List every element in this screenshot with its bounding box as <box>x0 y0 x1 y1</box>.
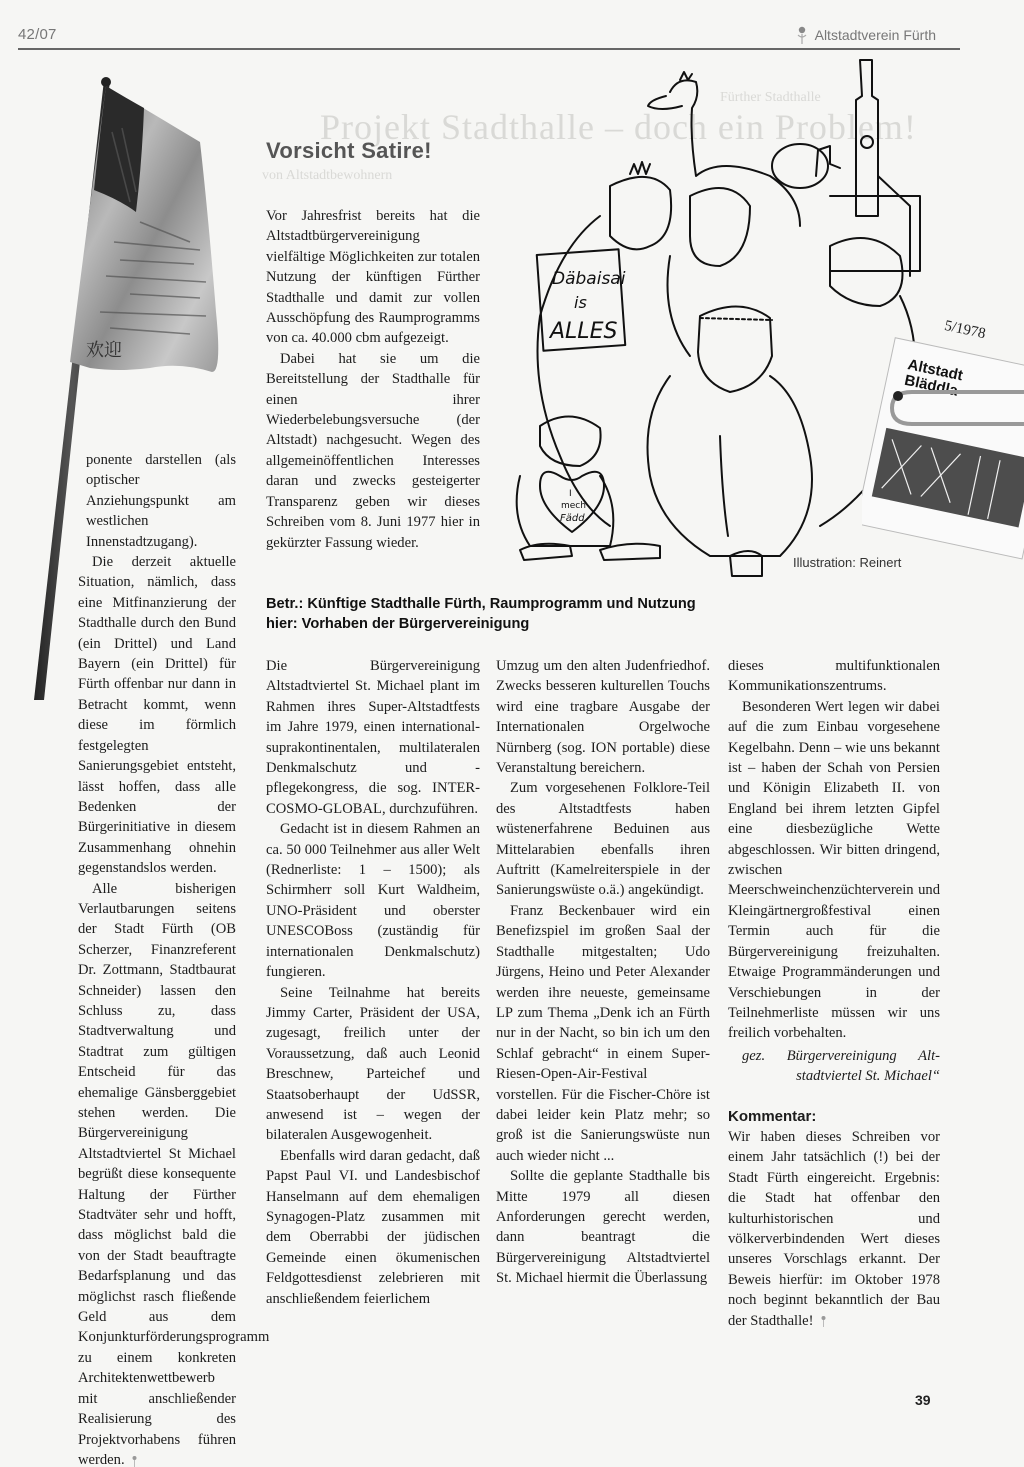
left-paragraph: Alle bisherigen Verlautbarungen seitens … <box>78 879 236 1467</box>
ghost-subline: von Altstadtbewohnern <box>262 168 392 184</box>
publisher-header: Altstadtverein Fürth <box>797 26 936 44</box>
letter-column-2: Umzug um den alten Judenfriedhof. Zwecks… <box>496 656 710 1289</box>
left-paragraph: Die derzeit aktuelle Situation, nämlich,… <box>78 552 236 879</box>
svg-text:ALLES: ALLES <box>548 319 617 344</box>
letter-subject: Betr.: Künftige Stadthalle Fürth, Raumpr… <box>266 594 696 634</box>
signature-line-2: stadtviertel St. Michael“ <box>796 1068 940 1084</box>
letter-column-1: Die Bürgervereinigung Altstadtviertel St… <box>266 656 480 1309</box>
issue-number: 42/07 <box>18 26 57 43</box>
letter-paragraph: Gedacht ist in diesem Rahmen an ca. 50 0… <box>266 819 480 982</box>
section-title: Vorsicht Satire! <box>266 138 432 164</box>
left-paragraph: ponente darstellen (als optischer Anzieh… <box>78 450 236 552</box>
page-number: 39 <box>915 1392 931 1408</box>
letter-signature: gez. Bürgervereinigung Alt- stadtviertel… <box>728 1046 940 1087</box>
letter-paragraph: Besonderen Wert legen wir dabei auf die … <box>728 697 940 1044</box>
svg-text:I: I <box>569 489 572 499</box>
signature-line-1: gez. Bürgervereinigung Alt- <box>728 1046 940 1066</box>
svg-text:mech: mech <box>561 501 586 511</box>
svg-text:is: is <box>574 293 587 312</box>
svg-text:Däbaisai: Däbaisai <box>552 269 626 289</box>
letter-paragraph: dieses multifunktionalen Kommunikationsz… <box>728 656 940 697</box>
altstadt-blaeddla-clipping: Altstadt Bläddla <box>862 330 1024 560</box>
left-column-text: ponente darstellen (als optischer Anzieh… <box>78 450 236 1467</box>
letter-subject-line-1: Betr.: Künftige Stadthalle Fürth, Raumpr… <box>266 594 696 614</box>
publisher-name: Altstadtverein Fürth <box>815 27 936 43</box>
magazine-page: 42/07 Altstadtverein Fürth Fürther Stadt… <box>0 0 1024 1467</box>
letter-column-3: dieses multifunktionalen Kommunikationsz… <box>728 656 940 1331</box>
comment-title: Kommentar: <box>728 1107 940 1127</box>
pin-logo-icon <box>797 26 807 44</box>
letter-subject-line-2: hier: Vorhaben der Bürgervereinigung <box>266 614 696 634</box>
letter-paragraph: Ebenfalls wird daran gedacht, daß Papst … <box>266 1146 480 1309</box>
letter-paragraph: Zum vorgesehenen Folklore-Teil des Altst… <box>496 778 710 900</box>
end-mark-icon <box>131 1455 138 1467</box>
letter-paragraph: Franz Beckenbauer wird ein Benefizspiel … <box>496 901 710 1166</box>
intro-text: Vor Jahresfrist bereits hat die Altstadt… <box>266 206 480 553</box>
letter-paragraph: Umzug um den alten Judenfriedhof. Zwecks… <box>496 656 710 778</box>
flag-chinese-text: 欢迎 <box>86 340 122 361</box>
letter-paragraph: Seine Teilnahme hat bereits Jimmy Carter… <box>266 983 480 1146</box>
end-mark-icon <box>820 1315 827 1327</box>
svg-text:Fädd: Fädd <box>560 513 585 524</box>
illustration-credit: Illustration: Reinert <box>793 555 901 570</box>
intro-paragraph: Dabei hat sie um die Bereitstellung der … <box>266 349 480 553</box>
header-rule <box>18 48 960 50</box>
intro-paragraph: Vor Jahresfrist bereits hat die Altstadt… <box>266 206 480 349</box>
comment-text: Wir haben dieses Schreiben vor einem Jah… <box>728 1127 940 1331</box>
letter-paragraph: Die Bürgervereinigung Altstadtviertel St… <box>266 656 480 819</box>
letter-paragraph: Sollte die geplante Stadthalle bis Mitte… <box>496 1166 710 1288</box>
